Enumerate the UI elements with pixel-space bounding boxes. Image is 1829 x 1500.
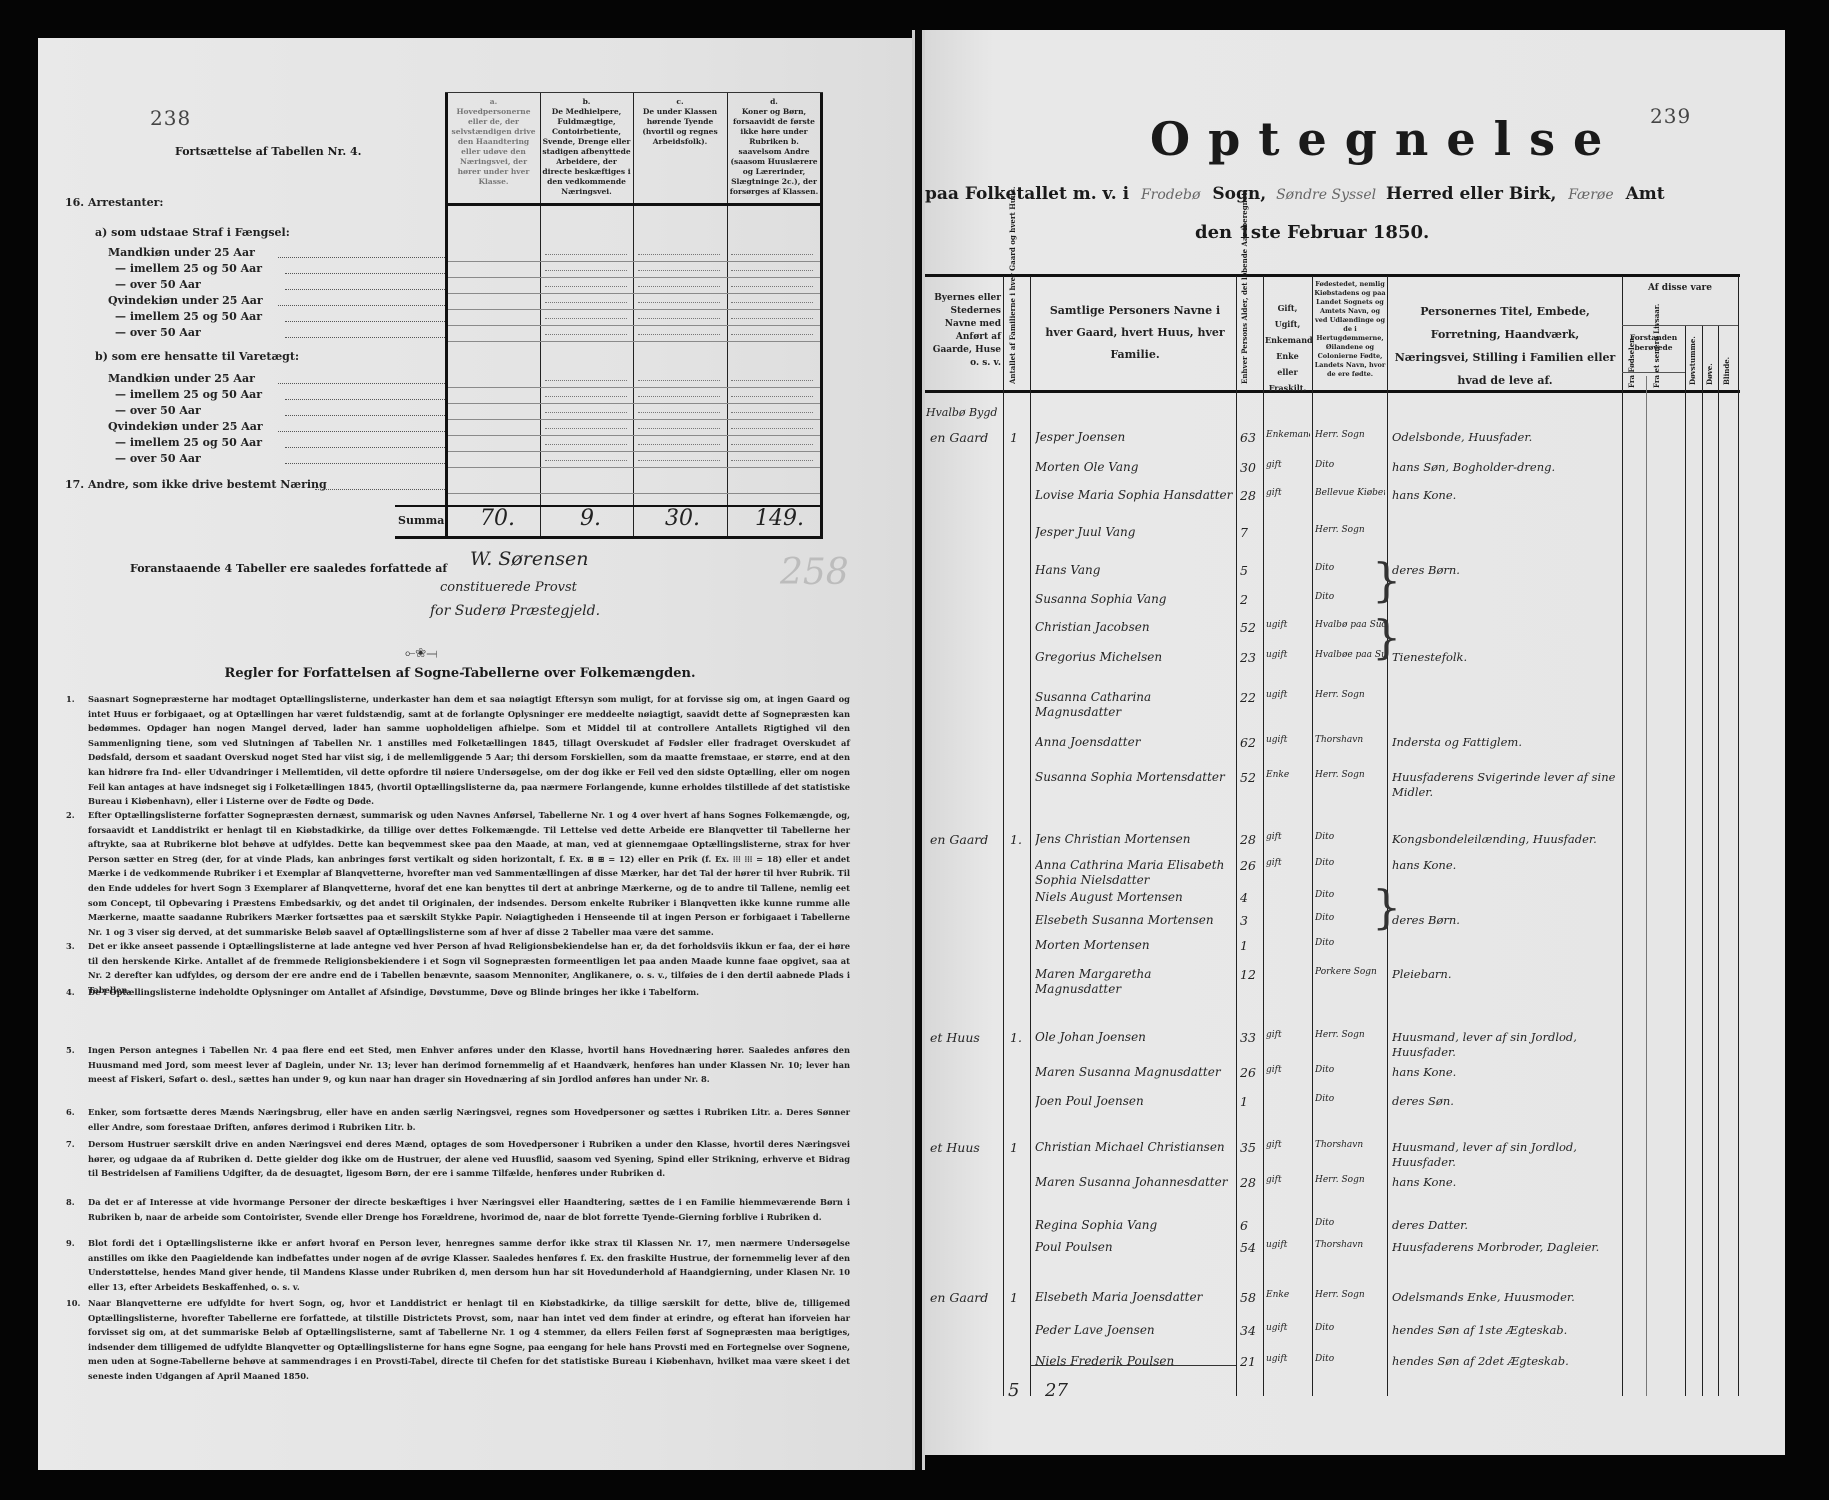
page-number-left: 238 <box>150 106 191 130</box>
household-family-count: 1 <box>1010 1290 1018 1305</box>
rule-text: Dersom Hustruer særskilt drive en anden … <box>88 1137 850 1181</box>
person-name: Morten Ole Vang <box>1035 460 1235 475</box>
person-name: Maren Margaretha Magnusdatter <box>1035 967 1235 997</box>
leader-dots <box>285 273 445 274</box>
col-divider <box>1387 276 1388 1396</box>
person-occupation: Indersta og Fattiglem. <box>1392 735 1618 750</box>
person-age: 21 <box>1240 1354 1262 1369</box>
cell-dots <box>731 460 813 461</box>
col-divider <box>1312 276 1313 1396</box>
person-name: Morten Mortensen <box>1035 938 1235 953</box>
person-age: 28 <box>1240 832 1262 847</box>
col-divider <box>1003 276 1004 1396</box>
rule-number: 8. <box>66 1195 75 1210</box>
signature-label: Foranstaaende 4 Tabeller ere saaledes fo… <box>130 562 447 575</box>
cell-dots <box>545 254 627 255</box>
col-group-header: Af disse vare <box>1622 282 1738 295</box>
person-name: Maren Susanna Johannesdatter <box>1035 1175 1235 1190</box>
subtitle-prefix: paa Folketallet m. v. i <box>925 184 1129 204</box>
person-occupation: Huusfaderens Svigerinde lever af sine Mi… <box>1392 770 1618 800</box>
cell-dots <box>731 396 813 397</box>
person-birthplace: Herr. Sogn <box>1315 1175 1385 1185</box>
person-birthplace: Herr. Sogn <box>1315 1290 1385 1300</box>
leader-dots <box>315 489 445 490</box>
summa-label: Summa <box>398 514 444 527</box>
cell-dots <box>731 444 813 445</box>
person-birthplace: Dito <box>1315 1354 1385 1364</box>
person-birthplace: Thorshavn <box>1315 1140 1385 1150</box>
person-marital-status: Enke <box>1266 1290 1310 1300</box>
page-title: Optegnelse <box>1150 112 1620 166</box>
leader-dots <box>278 431 445 432</box>
person-birthplace: Porkere Sogn <box>1315 967 1385 977</box>
col-c-header: c.De under Klassen hørende Tyende (hvort… <box>635 97 725 147</box>
col-fra-senere-header: Fra et senere Livsaar. <box>1652 376 1661 388</box>
person-age: 5 <box>1240 563 1262 578</box>
person-birthplace: Herr. Sogn <box>1315 1030 1385 1040</box>
leader-dots <box>285 463 445 464</box>
person-birthplace: Herr. Sogn <box>1315 430 1385 440</box>
row-divider <box>448 435 820 436</box>
col-blinde-header: Blinde. <box>1722 350 1731 385</box>
book-spine <box>912 30 925 1470</box>
cell-dots <box>545 412 627 413</box>
col-divider <box>1236 276 1237 1396</box>
row-divider <box>448 493 820 494</box>
leader-dots <box>285 321 445 322</box>
col-dove-header: Døve. <box>1705 355 1714 385</box>
col-age-header: Enhver Persons Alder, det løbende Aar ib… <box>1240 284 1260 384</box>
cell-dots <box>545 334 627 335</box>
cell-dots <box>731 412 813 413</box>
table-row-label: Qvindekiøn under 25 Aar <box>108 294 263 307</box>
grouping-brace: } <box>1372 553 1401 607</box>
cell-dots <box>731 318 813 319</box>
row-divider <box>448 261 820 262</box>
person-name: Lovise Maria Sophia Hansdatter <box>1035 488 1235 503</box>
col-occupation-header: Personernes Titel, Embede, Forretning, H… <box>1392 300 1618 392</box>
signature-line-3: for Suderø Præstegjeld. <box>430 603 600 619</box>
person-age: 7 <box>1240 525 1262 540</box>
person-marital-status: gift <box>1266 1175 1310 1185</box>
cell-dots <box>545 380 627 381</box>
household-place: en Gaard <box>930 832 988 847</box>
amt-label: Amt <box>1626 184 1665 204</box>
person-birthplace: Dito <box>1315 1218 1385 1228</box>
col-divider <box>1622 276 1623 1396</box>
rule-text: Enker, som fortsætte deres Mænds Nærings… <box>88 1105 850 1134</box>
person-occupation: hans Kone. <box>1392 488 1618 503</box>
row-divider <box>448 387 820 388</box>
district-name: Søndre Syssel <box>1276 187 1376 203</box>
leader-dots <box>278 305 445 306</box>
person-birthplace: Dito <box>1315 1065 1385 1075</box>
person-occupation: Pleiebarn. <box>1392 967 1618 982</box>
table-row-label: — over 50 Aar <box>115 404 201 417</box>
person-name: Christian Jacobsen <box>1035 620 1235 635</box>
ornament-divider: ⟜❀⟞ <box>405 646 437 661</box>
person-name: Niels Frederik Poulsen <box>1035 1354 1235 1369</box>
person-age: 62 <box>1240 735 1262 750</box>
census-date: den 1ste Februar 1850. <box>1195 222 1429 243</box>
rule-text: Naar Blanqvetterne ere udfyldte for hver… <box>88 1296 850 1384</box>
table-row-label: Mandkiøn under 25 Aar <box>108 372 255 385</box>
person-name: Susanna Sophia Mortensdatter <box>1035 770 1235 785</box>
cell-dots <box>731 334 813 335</box>
rule-text: Blot fordi det i Optællingslisterne ikke… <box>88 1236 850 1294</box>
person-occupation: Kongsbondeleilænding, Huusfader. <box>1392 832 1618 847</box>
person-age: 1 <box>1240 1094 1262 1109</box>
leader-dots <box>285 337 445 338</box>
person-age: 4 <box>1240 890 1262 905</box>
person-name: Christian Michael Christiansen <box>1035 1140 1235 1155</box>
grouping-brace: } <box>1372 880 1401 934</box>
herred-label: Herred eller Birk, <box>1386 184 1556 204</box>
cell-dots <box>638 334 720 335</box>
rule-text: Saasnart Sognepræsterne har modtaget Opt… <box>88 692 850 809</box>
table-row-label: — imellem 25 og 50 Aar <box>115 262 262 275</box>
rules-title: Regler for Forfattelsen af Sogne-Tabelle… <box>60 666 860 681</box>
pencil-page-mark: 258 <box>780 552 849 593</box>
col-dovstumme-header: Døvstumme. <box>1688 340 1697 385</box>
continuation-title: Fortsættelse af Tabellen Nr. 4. <box>175 145 362 158</box>
row-divider <box>448 277 820 278</box>
col-divider <box>1030 276 1031 1396</box>
person-occupation: deres Børn. <box>1392 913 1618 928</box>
rule-item: 8.Da det er af Interesse at vide hvorman… <box>70 1195 850 1224</box>
rule-number: 7. <box>66 1137 75 1152</box>
cell-dots <box>638 302 720 303</box>
table-border-left <box>445 92 448 538</box>
person-birthplace: Dito <box>1315 832 1385 842</box>
cell-dots <box>731 270 813 271</box>
person-occupation: Odelsmands Enke, Huusmoder. <box>1392 1290 1618 1305</box>
person-occupation: hans Kone. <box>1392 1175 1618 1190</box>
leader-dots <box>278 257 445 258</box>
household-place: et Huus <box>930 1140 980 1155</box>
col-name-header: Samtlige Personers Navne i hver Gaard, h… <box>1040 300 1230 366</box>
person-marital-status: gift <box>1266 1140 1310 1150</box>
cell-dots <box>731 380 813 381</box>
rule-number: 3. <box>66 939 75 954</box>
rule-item: 9.Blot fordi det i Optællingslisterne ik… <box>70 1236 850 1294</box>
cell-dots <box>545 444 627 445</box>
rule-text: Efter Optællingslisterne forfatter Sogne… <box>88 808 850 939</box>
cell-dots <box>638 460 720 461</box>
person-name: Susanna Sophia Vang <box>1035 592 1235 607</box>
table-border-right <box>820 92 823 538</box>
col-divider <box>727 92 728 538</box>
person-marital-status: ugift <box>1266 1354 1310 1364</box>
person-name: Ole Johan Joensen <box>1035 1030 1235 1045</box>
person-age: 22 <box>1240 690 1262 705</box>
person-age: 63 <box>1240 430 1262 445</box>
table-row-label: Mandkiøn under 25 Aar <box>108 246 255 259</box>
person-name: Jens Christian Mortensen <box>1035 832 1235 847</box>
rule-item: 10.Naar Blanqvetterne ere udfyldte for h… <box>70 1296 850 1384</box>
cell-dots <box>731 302 813 303</box>
person-age: 26 <box>1240 1065 1262 1080</box>
rule-text: Ingen Person antegnes i Tabellen Nr. 4 p… <box>88 1043 850 1087</box>
person-name: Jesper Joensen <box>1035 430 1235 445</box>
person-age: 12 <box>1240 967 1262 982</box>
cell-dots <box>638 254 720 255</box>
rule-number: 5. <box>66 1043 75 1058</box>
group-divider <box>1622 325 1738 326</box>
table-row-label: — imellem 25 og 50 Aar <box>115 388 262 401</box>
person-birthplace: Thorshavn <box>1315 735 1385 745</box>
total-families: 5 <box>1008 1380 1019 1401</box>
rule-text: Da det er af Interesse at vide hvormange… <box>88 1195 850 1224</box>
person-name: Niels August Mortensen <box>1035 890 1235 905</box>
cell-dots <box>638 270 720 271</box>
person-birthplace: Thorshavn <box>1315 1240 1385 1250</box>
person-name: Maren Susanna Magnusdatter <box>1035 1065 1235 1080</box>
leader-dots <box>285 289 445 290</box>
col-place-header: Byernes eller Stedernes Navne med Anført… <box>925 292 1001 370</box>
cell-dots <box>638 380 720 381</box>
person-occupation: deres Datter. <box>1392 1218 1618 1233</box>
person-name: Poul Poulsen <box>1035 1240 1235 1255</box>
rule-text: De i Optællingslisterne indeholdte Oplys… <box>88 985 850 1000</box>
person-age: 28 <box>1240 488 1262 503</box>
table-row-label: — over 50 Aar <box>115 278 201 291</box>
table-row-label: — over 50 Aar <box>115 326 201 339</box>
person-marital-status: ugift <box>1266 650 1310 660</box>
person-occupation: Odelsbonde, Huusfader. <box>1392 430 1618 445</box>
census-subtitle: paa Folketallet m. v. i Frodebø Sogn, Sø… <box>925 184 1665 204</box>
household-place: en Gaard <box>930 430 988 445</box>
col-divider <box>1646 376 1647 1396</box>
person-marital-status: ugift <box>1266 1240 1310 1250</box>
rule-item: 1.Saasnart Sognepræsterne har modtaget O… <box>70 692 850 809</box>
total-persons: 27 <box>1045 1380 1068 1401</box>
cell-dots <box>731 254 813 255</box>
person-occupation: hans Søn, Bogholder-dreng. <box>1392 460 1618 475</box>
table-row-label: — over 50 Aar <box>115 452 201 465</box>
header-divider <box>445 203 823 206</box>
cell-dots <box>638 412 720 413</box>
summa-bottom <box>395 536 823 539</box>
person-age: 35 <box>1240 1140 1262 1155</box>
leader-dots <box>285 399 445 400</box>
person-occupation: deres Børn. <box>1392 563 1618 578</box>
person-marital-status: gift <box>1266 858 1310 868</box>
person-marital-status: ugift <box>1266 620 1310 630</box>
row-divider <box>448 309 820 310</box>
cell-dots <box>545 460 627 461</box>
household-family-count: 1. <box>1010 832 1022 847</box>
person-occupation: Huusmand, lever af sin Jordlod, Huusfade… <box>1392 1140 1618 1170</box>
summa-value-b: 9. <box>580 506 601 531</box>
person-marital-status: gift <box>1266 832 1310 842</box>
person-name: Peder Lave Joensen <box>1035 1323 1235 1338</box>
person-age: 52 <box>1240 770 1262 785</box>
person-occupation: hendes Søn af 2det Ægteskab. <box>1392 1354 1618 1369</box>
person-name: Elsebeth Maria Joensdatter <box>1035 1290 1235 1305</box>
cell-dots <box>731 428 813 429</box>
person-age: 3 <box>1240 913 1262 928</box>
person-age: 30 <box>1240 460 1262 475</box>
person-age: 23 <box>1240 650 1262 665</box>
rule-number: 9. <box>66 1236 75 1251</box>
person-age: 6 <box>1240 1218 1262 1233</box>
col-divider <box>1702 326 1703 1396</box>
person-name: Joen Poul Joensen <box>1035 1094 1235 1109</box>
col-divider <box>1718 326 1719 1396</box>
person-age: 34 <box>1240 1323 1262 1338</box>
signature-line-2: constituerede Provst <box>440 580 577 595</box>
person-name: Gregorius Michelsen <box>1035 650 1235 665</box>
table-row-label: — imellem 25 og 50 Aar <box>115 436 262 449</box>
person-birthplace: Dito <box>1315 938 1385 948</box>
person-age: 26 <box>1240 858 1262 873</box>
summa-value-d: 149. <box>755 506 804 531</box>
household-place: en Gaard <box>930 1290 988 1305</box>
row-divider <box>448 341 820 342</box>
col-birthplace-header: Fødestedet, nemlig Kiøbstadens og paa La… <box>1314 280 1386 379</box>
table-section-label: a) som udstaae Straf i Fængsel: <box>95 226 290 239</box>
cell-dots <box>545 270 627 271</box>
cell-dots <box>545 396 627 397</box>
summa-value-c: 30. <box>665 506 700 531</box>
table-top-border <box>445 92 823 93</box>
person-marital-status: gift <box>1266 1065 1310 1075</box>
person-marital-status: ugift <box>1266 690 1310 700</box>
row-divider <box>448 325 820 326</box>
cell-dots <box>638 318 720 319</box>
person-name: Regina Sophia Vang <box>1035 1218 1235 1233</box>
col-families-header: Antallet af Familierne i hver Gaard og h… <box>1008 284 1028 384</box>
person-age: 54 <box>1240 1240 1262 1255</box>
household-family-count: 1 <box>1010 430 1018 445</box>
table-top-border <box>925 274 1740 277</box>
person-name: Susanna Catharina Magnusdatter <box>1035 690 1235 720</box>
table-section-label: 16. Arrestanter: <box>65 196 163 209</box>
person-age: 28 <box>1240 1175 1262 1190</box>
cell-dots <box>545 286 627 287</box>
person-birthplace: Dito <box>1315 1094 1385 1104</box>
col-divider <box>540 92 541 538</box>
person-occupation: hans Kone. <box>1392 858 1618 873</box>
person-birthplace: Dito <box>1315 460 1385 470</box>
person-birthplace: Dito <box>1315 1323 1385 1333</box>
col-fra-fodsel-header: Fra Fødselen. <box>1627 376 1636 388</box>
household-family-count: 1 <box>1010 1140 1018 1155</box>
col-a-header: a.Hovedpersonerne eller de, der selvstæn… <box>449 97 538 187</box>
col-divider <box>1685 326 1686 1396</box>
person-name: Anna Cathrina Maria Elisabeth Sophia Nie… <box>1035 858 1235 888</box>
person-birthplace: Herr. Sogn <box>1315 770 1385 780</box>
person-name: Jesper Juul Vang <box>1035 525 1235 540</box>
person-age: 52 <box>1240 620 1262 635</box>
row-divider <box>448 467 820 468</box>
col-divider <box>1738 276 1739 1396</box>
col-d-header: d.Koner og Børn, forsaavidt de første ik… <box>729 97 819 197</box>
col-b-header: b.De Medhielpere, Fuldmægtige, Contoirbe… <box>542 97 631 197</box>
row-divider <box>448 419 820 420</box>
rule-item: 7.Dersom Hustruer særskilt drive en ande… <box>70 1137 850 1181</box>
cell-dots <box>545 302 627 303</box>
person-marital-status: ugift <box>1266 735 1310 745</box>
rule-number: 10. <box>66 1296 80 1311</box>
amt-name: Færøe <box>1568 187 1613 203</box>
rule-item: 5.Ingen Person antegnes i Tabellen Nr. 4… <box>70 1043 850 1087</box>
rule-number: 1. <box>66 692 75 707</box>
person-marital-status: gift <box>1266 488 1310 498</box>
page-number-right: 239 <box>1650 104 1691 128</box>
cell-dots <box>638 444 720 445</box>
person-name: Anna Joensdatter <box>1035 735 1235 750</box>
table-row-label: — imellem 25 og 50 Aar <box>115 310 262 323</box>
person-occupation: Tienestefolk. <box>1392 650 1618 665</box>
cell-dots <box>545 428 627 429</box>
person-marital-status: Enkemand <box>1266 430 1310 440</box>
table-row-label: Qvindekiøn under 25 Aar <box>108 420 263 433</box>
grouping-brace: } <box>1372 610 1401 664</box>
cell-dots <box>638 396 720 397</box>
person-age: 1 <box>1240 938 1262 953</box>
col-divider <box>1263 276 1264 1396</box>
cell-dots <box>638 428 720 429</box>
col-status-header: Gift, Ugift, Enkemand Enke eller Fraskil… <box>1265 300 1310 396</box>
person-marital-status: gift <box>1266 460 1310 470</box>
person-marital-status: Enke <box>1266 770 1310 780</box>
person-birthplace: Dito <box>1315 858 1385 868</box>
person-marital-status: gift <box>1266 1030 1310 1040</box>
person-occupation: deres Søn. <box>1392 1094 1618 1109</box>
person-occupation: Huusfaderens Morbroder, Dagleier. <box>1392 1240 1618 1255</box>
person-birthplace: Herr. Sogn <box>1315 690 1385 700</box>
person-name: Elsebeth Susanna Mortensen <box>1035 913 1235 928</box>
parish-name: Frodebø <box>1141 187 1200 203</box>
col-divider <box>633 92 634 538</box>
cell-dots <box>731 286 813 287</box>
row-divider <box>448 451 820 452</box>
household-family-count: 1. <box>1010 1030 1022 1045</box>
summa-value-a: 70. <box>480 506 515 531</box>
person-age: 58 <box>1240 1290 1262 1305</box>
person-marital-status: ugift <box>1266 1323 1310 1333</box>
rule-item: 4.De i Optællingslisterne indeholdte Opl… <box>70 985 850 1000</box>
signature-line-1: W. Sørensen <box>470 548 589 570</box>
person-occupation: hendes Søn af 1ste Ægteskab. <box>1392 1323 1618 1338</box>
rule-number: 2. <box>66 808 75 823</box>
table-section-label: b) som ere hensatte til Varetægt: <box>95 350 299 363</box>
row-divider <box>448 403 820 404</box>
table-section-label: 17. Andre, som ikke drive bestemt Næring <box>65 478 327 491</box>
row-divider <box>448 293 820 294</box>
rule-number: 4. <box>66 985 75 1000</box>
person-name: Hans Vang <box>1035 563 1235 578</box>
rule-number: 6. <box>66 1105 75 1120</box>
person-age: 2 <box>1240 592 1262 607</box>
leader-dots <box>285 415 445 416</box>
leader-dots <box>285 447 445 448</box>
person-birthplace: Herr. Sogn <box>1315 525 1385 535</box>
rule-item: 2.Efter Optællingslisterne forfatter Sog… <box>70 808 850 939</box>
cell-dots <box>638 286 720 287</box>
person-occupation: hans Kone. <box>1392 1065 1618 1080</box>
leader-dots <box>278 383 445 384</box>
person-age: 33 <box>1240 1030 1262 1045</box>
household-place: et Huus <box>930 1030 980 1045</box>
person-birthplace: Bellevue Kiøbenhavn Hvamø <box>1315 488 1385 498</box>
person-occupation: Huusmand, lever af sin Jordlod, Huusfade… <box>1392 1030 1618 1060</box>
village-name: Hvalbø Bygd <box>926 406 997 419</box>
rule-item: 6.Enker, som fortsætte deres Mænds Nærin… <box>70 1105 850 1134</box>
cell-dots <box>545 318 627 319</box>
